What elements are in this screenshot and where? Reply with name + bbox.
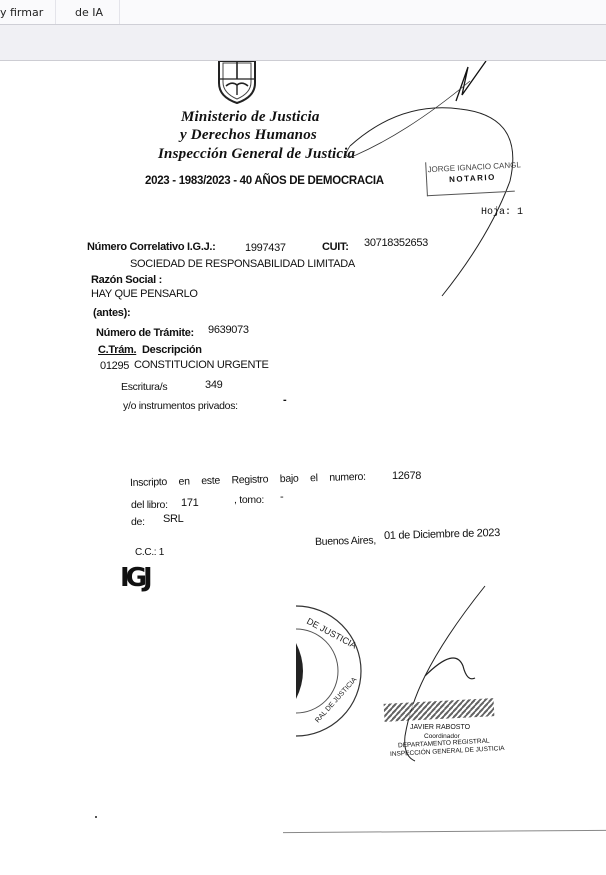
tipo-sociedad: SOCIEDAD DE RESPONSABILIDAD LIMITADA xyxy=(130,258,355,270)
registro-numero: 12678 xyxy=(392,470,421,482)
tab-ai[interactable]: de IA xyxy=(56,0,120,24)
tab-sign[interactable]: y firmar xyxy=(0,0,56,24)
notary-stamp: JORGE IGNACIO CANGL NOTARIO xyxy=(425,158,515,197)
cuit-label: CUIT: xyxy=(322,241,349,253)
cuit-value: 30718352653 xyxy=(364,237,428,249)
place: Buenos Aires, xyxy=(315,534,376,548)
speck xyxy=(95,816,97,818)
instrumentos-label: y/o instrumentos privados: xyxy=(123,400,238,412)
ctram-label: C.Trám. xyxy=(98,344,136,356)
official-seal-icon: DE JUSTICIA RAL DE JUSTICIA xyxy=(296,601,346,741)
de-value: SRL xyxy=(163,513,184,525)
signer-name: JAVIER RABOSTO xyxy=(410,724,470,731)
igj-logo-text: IGJ xyxy=(120,563,149,593)
header-ministry: Ministerio de Justicia xyxy=(181,109,320,126)
coat-of-arms-icon xyxy=(216,61,258,105)
razon-social-value: HAY QUE PENSARLO xyxy=(91,288,198,300)
descripcion-label: Descripción xyxy=(142,344,202,356)
notary-title: NOTARIO xyxy=(449,173,496,184)
igj-logo: IGJ xyxy=(120,565,149,591)
tramite-label: Número de Trámite: xyxy=(96,327,194,339)
tab-label: y firmar xyxy=(0,6,43,19)
document-page: Ministerio de Justicia y Derechos Humano… xyxy=(0,61,606,875)
header-igj: Inspección General de Justicia xyxy=(158,146,355,163)
de-label: de: xyxy=(131,516,145,528)
escrituras-value: 349 xyxy=(205,379,222,391)
escrituras-label: Escritura/s xyxy=(121,381,167,393)
descripcion-value: CONSTITUCION URGENTE xyxy=(134,359,269,371)
antes-label: (antes): xyxy=(93,307,130,319)
libro-label: del libro: xyxy=(131,499,168,511)
tomo-value: - xyxy=(280,491,283,503)
correlativo-label: Número Correlativo I.G.J.: xyxy=(87,241,216,253)
bottom-rule xyxy=(283,830,606,833)
ctram-code: 01295 xyxy=(100,360,129,372)
notary-name: JORGE IGNACIO CANGL xyxy=(427,160,521,174)
inscripto-text: Inscripto en este Registro bajo el numer… xyxy=(130,471,366,489)
tomo-label: , tomo: xyxy=(234,494,264,506)
instrumentos-value: - xyxy=(283,394,286,406)
tab-label: de IA xyxy=(75,6,103,19)
svg-text:DE JUSTICIA: DE JUSTICIA xyxy=(305,616,358,651)
toolbar xyxy=(0,25,606,61)
tramite-value: 9639073 xyxy=(208,324,249,336)
razon-social-label: Razón Social : xyxy=(91,274,162,286)
correlativo-value: 1997437 xyxy=(245,242,286,254)
header-rights: y Derechos Humanos xyxy=(180,127,317,144)
sheet-number: Hoja: 1 xyxy=(481,207,523,218)
tab-bar: y firmar de IA xyxy=(0,0,606,25)
date: 01 de Diciembre de 2023 xyxy=(384,527,500,542)
libro-value: 171 xyxy=(181,497,198,509)
cc: C.C.: 1 xyxy=(135,547,164,558)
